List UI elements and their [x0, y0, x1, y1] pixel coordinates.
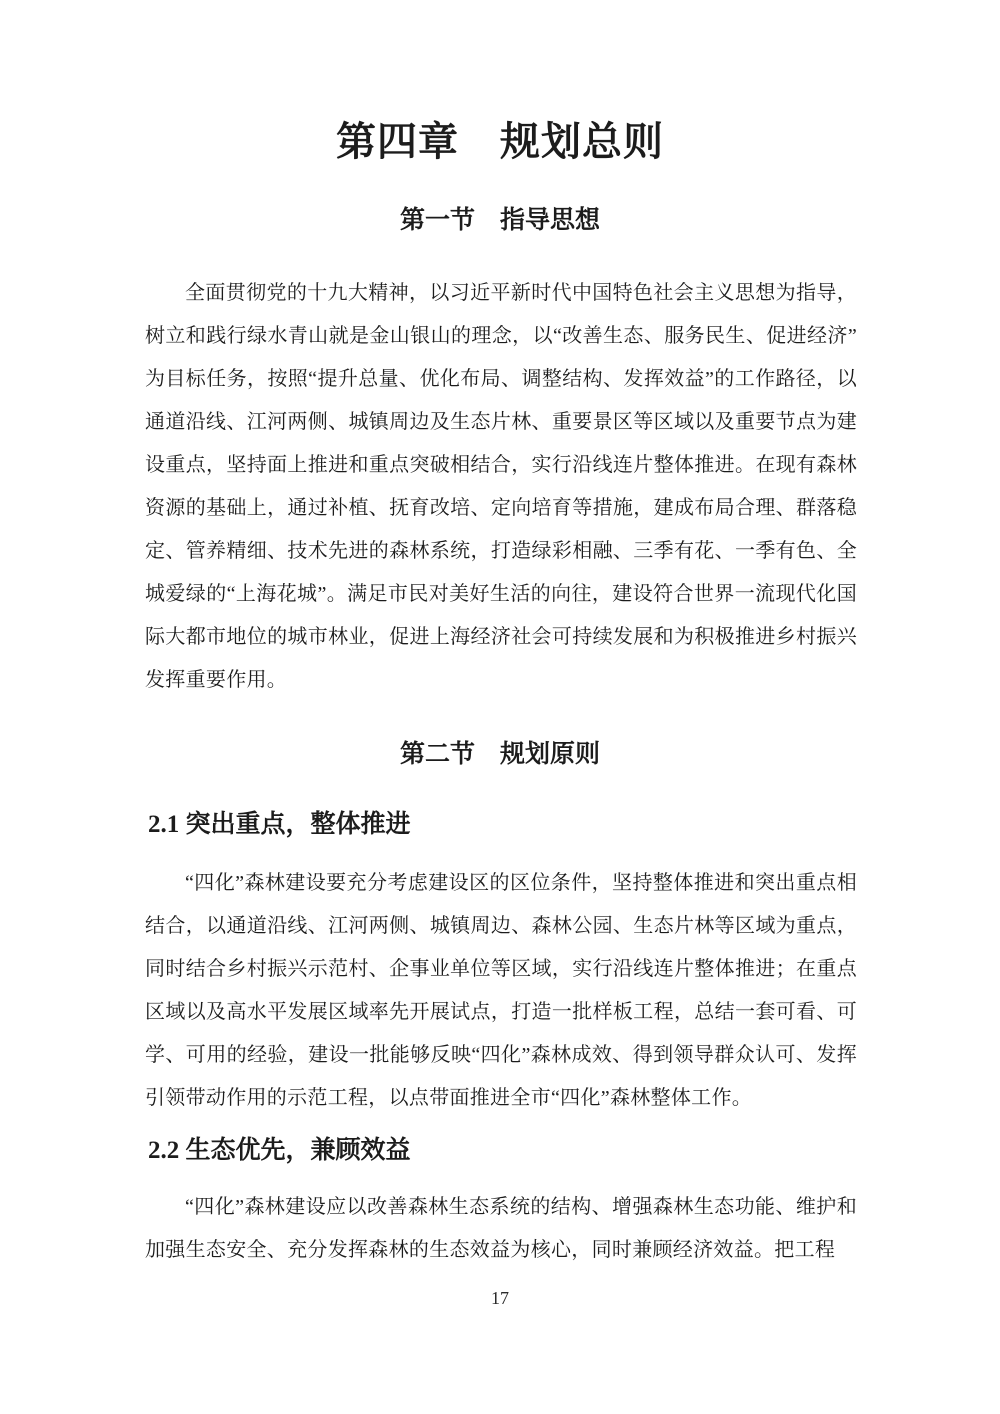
section-1-paragraph: 全面贯彻党的十九大精神，以习近平新时代中国特色社会主义思想为指导，树立和践行绿水…	[145, 272, 857, 702]
subsection-2-1-paragraph: “四化”森林建设要充分考虑建设区的区位条件，坚持整体推进和突出重点相结合，以通道…	[145, 862, 857, 1120]
chapter-title: 第四章 规划总则	[0, 118, 1000, 166]
subsection-2-1-heading: 2.1 突出重点，整体推进	[148, 810, 858, 840]
subsection-2-2-heading: 2.2 生态优先，兼顾效益	[148, 1136, 858, 1166]
section-1-title: 第一节 指导思想	[0, 206, 1000, 236]
document-page: 第四章 规划总则 第一节 指导思想 全面贯彻党的十九大精神，以习近平新时代中国特…	[0, 0, 1000, 1414]
page-number: 17	[0, 1288, 1000, 1309]
subsection-2-2-paragraph: “四化”森林建设应以改善森林生态系统的结构、增强森林生态功能、维护和加强生态安全…	[145, 1186, 857, 1272]
section-2-title: 第二节 规划原则	[0, 740, 1000, 770]
